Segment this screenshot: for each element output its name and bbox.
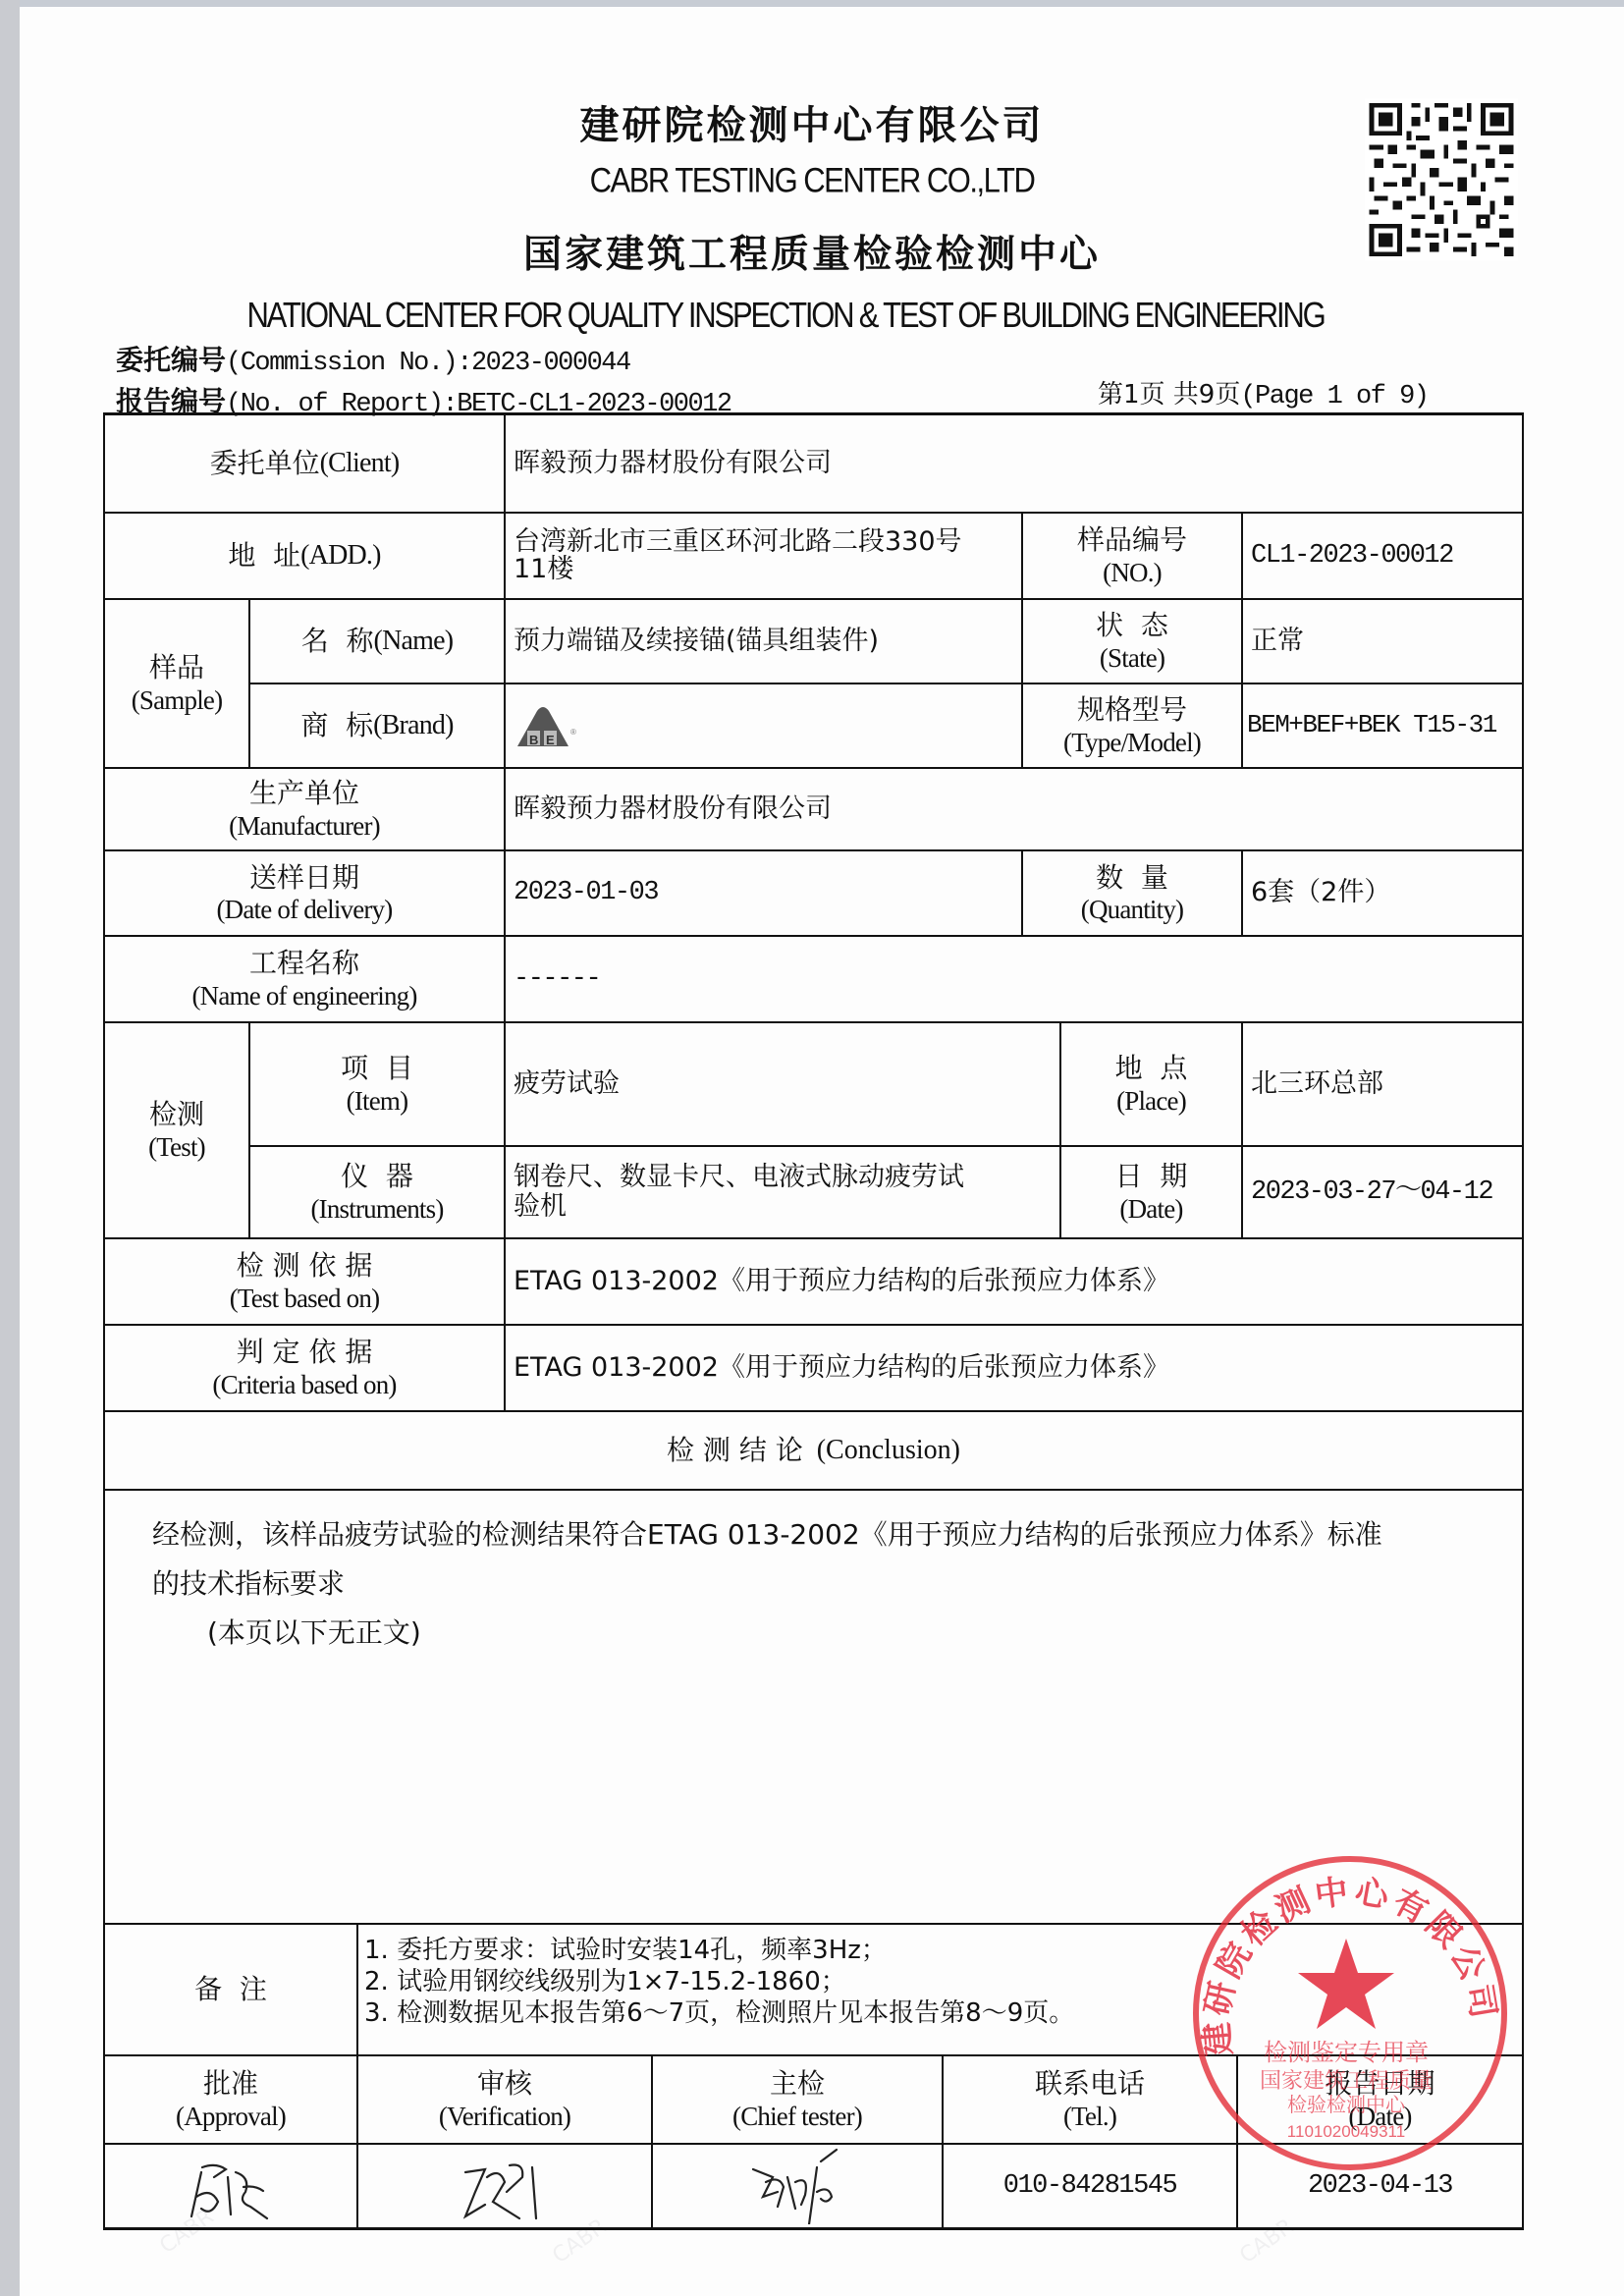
tel-value: 010-84281545 <box>944 2145 1238 2227</box>
report-date-label: 报告日期(Date) <box>1238 2056 1522 2143</box>
item-value: 疲劳试验 <box>506 1023 1061 1145</box>
row-criteria-basis: 判 定 依 据(Criteria based on) ETAG 013-2002… <box>103 1324 1524 1410</box>
row-signature-labels: 批准(Approval) 审核(Verification) 主检(Chief t… <box>103 2054 1524 2143</box>
commission-label-cn: 委托编号 <box>116 344 226 376</box>
row-sample: 样品(Sample) 名 称(Name) 预力端锚及续接锚(锚具组装件) 状 态… <box>103 598 1524 767</box>
place-value: 北三环总部 <box>1243 1023 1522 1145</box>
qr-code[interactable] <box>1365 98 1518 261</box>
remark-item: 3. 检测数据见本报告第6～7页，检测照片见本报告第8～9页。 <box>364 1997 1522 2029</box>
address-label: 地 址(ADD.) <box>105 514 506 598</box>
sample-subrows: 名 称(Name) 预力端锚及续接锚(锚具组装件) 状 态(State) 正常 … <box>250 600 1522 767</box>
row-conclusion-body: 经检测，该样品疲劳试验的检测结果符合ETAG 013-2002《用于预应力结构的… <box>103 1489 1524 1923</box>
row-test-basis: 检 测 依 据(Test based on) ETAG 013-2002《用于预… <box>103 1237 1524 1324</box>
handwritten-signature-icon <box>157 2148 304 2224</box>
conclusion-line: 的技术指标要求 <box>152 1559 1522 1609</box>
quantity-label: 数 量(Quantity) <box>1023 851 1243 935</box>
verification-signature <box>358 2145 653 2227</box>
conclusion-line: 经检测，该样品疲劳试验的检测结果符合ETAG 013-2002《用于预应力结构的… <box>152 1510 1522 1559</box>
delivery-date-value: 2023-01-03 <box>506 851 1023 935</box>
subrow-name: 名 称(Name) 预力端锚及续接锚(锚具组装件) 状 态(State) 正常 <box>250 600 1522 683</box>
remark-item: 2. 试验用钢绞线级别为1×7-15.2-1860； <box>364 1966 1522 1997</box>
brand-logo: B E ® <box>506 684 1023 767</box>
row-test: 检测(Test) 项 目(Item) 疲劳试验 地 点(Place) 北三环总部… <box>103 1021 1524 1237</box>
center-name-en: NATIONAL CENTER FOR QUALITY INSPECTION &… <box>128 295 1443 336</box>
client-value: 晖毅预力器材股份有限公司 <box>506 415 1522 512</box>
brand-label: 商 标(Brand) <box>250 684 506 767</box>
criteria-basis-value: ETAG 013-2002《用于预应力结构的后张预应力体系》 <box>506 1326 1522 1410</box>
test-date-label: 日 期(Date) <box>1061 1147 1243 1237</box>
client-label: 委托单位(Client) <box>105 415 506 512</box>
approval-label: 批准(Approval) <box>105 2056 358 2143</box>
row-conclusion-title: 检 测 结 论(Conclusion) <box>103 1410 1524 1489</box>
manufacturer-value: 晖毅预力器材股份有限公司 <box>506 769 1522 849</box>
test-basis-label: 检 测 依 据(Test based on) <box>105 1239 506 1324</box>
instruments-value: 钢卷尺、数显卡尺、电液式脉动疲劳试 验机 <box>506 1147 1061 1237</box>
brand-logo-icon: B E ® <box>514 701 592 750</box>
type-model-label: 规格型号(Type/Model) <box>1023 684 1243 767</box>
chief-tester-label: 主检(Chief tester) <box>653 2056 944 2143</box>
remarks-label: 备 注 <box>105 1925 358 2054</box>
svg-text:E: E <box>546 733 555 747</box>
chief-tester-signature <box>653 2145 944 2227</box>
subrow-item: 项 目(Item) 疲劳试验 地 点(Place) 北三环总部 <box>250 1023 1522 1145</box>
address-value: 台湾新北市三重区环河北路二段330号 11楼 <box>506 514 1023 598</box>
sample-no-value: CL1-2023-00012 <box>1243 514 1522 598</box>
report-table: 委托单位(Client) 晖毅预力器材股份有限公司 地 址(ADD.) 台湾新北… <box>103 412 1524 2230</box>
row-signature-values: 010-84281545 2023-04-13 <box>103 2143 1524 2230</box>
quantity-value: 6套（2件） <box>1243 851 1522 935</box>
remarks-list: 1. 委托方要求：试验时安装14孔，频率3Hz； 2. 试验用钢绞线级别为1×7… <box>358 1925 1522 2054</box>
place-label: 地 点(Place) <box>1061 1023 1243 1145</box>
delivery-date-label: 送样日期(Date of delivery) <box>105 851 506 935</box>
engineering-value: ------ <box>506 937 1522 1021</box>
type-model-value: BEM+BEF+BEK T15-31 <box>1243 684 1522 767</box>
row-engineering: 工程名称(Name of engineering) ------ <box>103 935 1524 1021</box>
scan-edge-top <box>0 0 1624 7</box>
row-address: 地 址(ADD.) 台湾新北市三重区环河北路二段330号 11楼 样品编号(NO… <box>103 512 1524 598</box>
conclusion-title: 检 测 结 论(Conclusion) <box>105 1412 1522 1489</box>
commission-label-en: (Commission No.): <box>226 349 471 378</box>
page-en: (Page 1 of 9) <box>1240 382 1428 411</box>
remark-item: 1. 委托方要求：试验时安装14孔，频率3Hz； <box>364 1935 1522 1966</box>
sample-no-label: 样品编号(NO.) <box>1023 514 1243 598</box>
verification-label: 审核(Verification) <box>358 2056 653 2143</box>
subrow-brand: 商 标(Brand) B E ® 规格型号(Type/Model) BEM+BE… <box>250 683 1522 767</box>
test-subrows: 项 目(Item) 疲劳试验 地 点(Place) 北三环总部 仪 器(Inst… <box>250 1023 1522 1237</box>
name-value: 预力端锚及续接锚(锚具组装件) <box>506 600 1023 683</box>
item-label: 项 目(Item) <box>250 1023 506 1145</box>
page-indicator: 第1页 共9页(Page 1 of 9) <box>1098 374 1429 411</box>
no-text-below-note: (本页以下无正文) <box>152 1609 1522 1658</box>
conclusion-body: 经检测，该样品疲劳试验的检测结果符合ETAG 013-2002《用于预应力结构的… <box>105 1491 1522 1923</box>
test-basis-value: ETAG 013-2002《用于预应力结构的后张预应力体系》 <box>506 1239 1522 1324</box>
manufacturer-label: 生产单位(Manufacturer) <box>105 769 506 849</box>
handwritten-signature-icon <box>719 2148 876 2224</box>
row-client: 委托单位(Client) 晖毅预力器材股份有限公司 <box>103 412 1524 512</box>
subrow-instruments: 仪 器(Instruments) 钢卷尺、数显卡尺、电液式脉动疲劳试 验机 日 … <box>250 1145 1522 1237</box>
row-delivery: 送样日期(Date of delivery) 2023-01-03 数 量(Qu… <box>103 849 1524 935</box>
criteria-basis-label: 判 定 依 据(Criteria based on) <box>105 1326 506 1410</box>
svg-text:B: B <box>529 733 538 747</box>
instruments-label: 仪 器(Instruments) <box>250 1147 506 1237</box>
approval-signature <box>105 2145 358 2227</box>
sample-label: 样品(Sample) <box>105 600 250 767</box>
test-date-value: 2023-03-27～04-12 <box>1243 1147 1522 1237</box>
commission-number: 委托编号(Commission No.):2023-000044 <box>116 339 630 378</box>
commission-value: 2023-000044 <box>471 349 630 378</box>
handwritten-signature-icon <box>426 2148 583 2224</box>
page-cn: 第1页 共9页 <box>1098 380 1240 410</box>
state-value: 正常 <box>1243 600 1522 683</box>
row-manufacturer: 生产单位(Manufacturer) 晖毅预力器材股份有限公司 <box>103 767 1524 849</box>
state-label: 状 态(State) <box>1023 600 1243 683</box>
svg-text:®: ® <box>570 728 576 737</box>
report-date-value: 2023-04-13 <box>1238 2145 1522 2227</box>
name-label: 名 称(Name) <box>250 600 506 683</box>
engineering-label: 工程名称(Name of engineering) <box>105 937 506 1021</box>
test-label: 检测(Test) <box>105 1023 250 1237</box>
scan-edge-left <box>0 0 20 2296</box>
row-remarks: 备 注 1. 委托方要求：试验时安装14孔，频率3Hz； 2. 试验用钢绞线级别… <box>103 1923 1524 2054</box>
tel-label: 联系电话(Tel.) <box>944 2056 1238 2143</box>
